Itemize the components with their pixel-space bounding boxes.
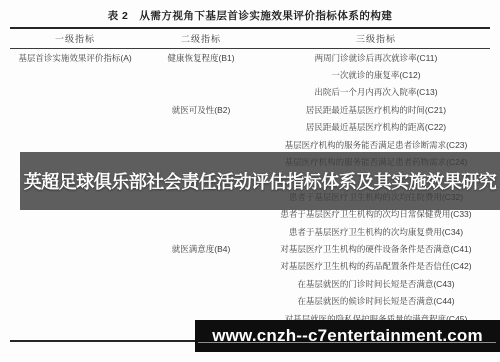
table-row: 基层首诊实施效果评价指标(A) 健康恢复程度(B1) 两周门诊就诊后再次就诊率(…	[10, 49, 490, 66]
cell-level2: 健康恢复程度(B1)	[140, 52, 262, 64]
table-row: 出院后一个月内再次入院率(C13)	[10, 84, 490, 101]
watermark-band: www.cnzh--c7entertainment.com	[195, 320, 500, 352]
cell-level3: 基层医疗机构的服务能否满足患者诊断需求(C23)	[262, 139, 490, 151]
watermark-rule-line	[198, 342, 496, 343]
table-row: 对基层医疗卫生机构的药品配置条件是否信任(C42)	[10, 258, 490, 275]
cell-level1: 基层首诊实施效果评价指标(A)	[10, 52, 140, 64]
cell-level3: 患者于基层医疗卫生机构的次均日常保健费用(C33)	[262, 208, 490, 220]
cell-level3: 对基层医疗卫生机构的硬件设备条件是否满意(C41)	[262, 243, 490, 255]
cell-level3: 对基层医疗卫生机构的药品配置条件是否信任(C42)	[262, 260, 490, 272]
cell-level2: 就医可及性(B2)	[140, 104, 262, 116]
table-row: 居民距最近基层医疗机构的距离(C22)	[10, 119, 490, 136]
cell-level3: 在基层就医的门诊时间长短是否满意(C43)	[262, 278, 490, 290]
table-row: 患者于基层医疗卫生机构的次均康复费用(C34)	[10, 223, 490, 240]
table-row: 一次就诊的康复率(C12)	[10, 66, 490, 83]
cell-level3: 在基层就医的候诊时间长短是否满意(C44)	[262, 295, 490, 307]
cell-level3: 一次就诊的康复率(C12)	[262, 69, 490, 81]
headline-overlay-band: 英超足球俱乐部社会责任活动评估指标体系及其实施效果研究	[20, 152, 500, 210]
scanned-document-page: 表 2 从需方视角下基层首诊实施效果评价指标体系的构建 一级指标 二级指标 三级…	[0, 0, 500, 362]
table-row: 就医满意度(B4) 对基层医疗卫生机构的硬件设备条件是否满意(C41)	[10, 240, 490, 257]
table-title: 表 2 从需方视角下基层首诊实施效果评价指标体系的构建	[0, 8, 500, 23]
table-row: 在基层就医的门诊时间长短是否满意(C43)	[10, 275, 490, 292]
table-row: 就医可及性(B2) 居民距最近基层医疗机构的时间(C21)	[10, 101, 490, 118]
column-header-level1: 一级指标	[10, 32, 140, 45]
cell-level3: 出院后一个月内再次入院率(C13)	[262, 86, 490, 98]
table-row: 在基层就医的候诊时间长短是否满意(C44)	[10, 292, 490, 309]
headline-text: 英超足球俱乐部社会责任活动评估指标体系及其实施效果研究	[24, 168, 497, 194]
cell-level3: 居民距最近基层医疗机构的时间(C21)	[262, 104, 490, 116]
cell-level3: 两周门诊就诊后再次就诊率(C11)	[262, 52, 490, 64]
column-header-level3: 三级指标	[262, 32, 490, 45]
column-header-level2: 二级指标	[140, 32, 262, 45]
watermark-text: www.cnzh--c7entertainment.com	[212, 326, 483, 346]
table-header-row: 一级指标 二级指标 三级指标	[10, 29, 490, 48]
cell-level2: 就医满意度(B4)	[140, 243, 262, 255]
table-row: 基层医疗机构的服务能否满足患者诊断需求(C23)	[10, 136, 490, 153]
cell-level3: 居民距最近基层医疗机构的距离(C22)	[262, 121, 490, 133]
cell-level3: 患者于基层医疗卫生机构的次均康复费用(C34)	[262, 226, 490, 238]
